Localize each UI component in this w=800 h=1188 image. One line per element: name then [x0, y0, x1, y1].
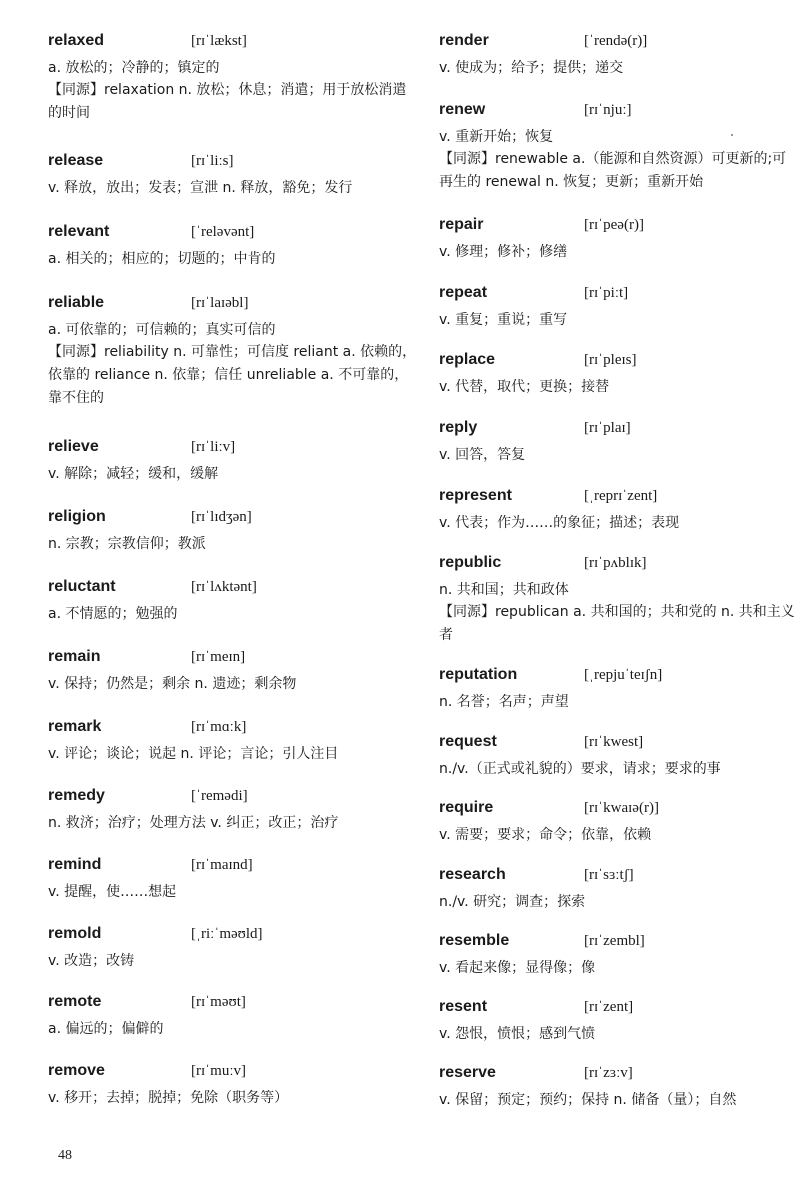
definition: v. 释放，放出；发表；宣泄 n. 释放，豁免；发行: [48, 177, 418, 199]
dictionary-entry: relevant[ˈreləvənt]a. 相关的；相应的；切题的；中肯的: [48, 221, 418, 270]
pronunciation: [rɪˈkwest]: [584, 731, 643, 753]
entry-header: remark[rɪˈmɑːk]: [48, 716, 418, 738]
cognate-note: 【同源】republican a. 共和国的；共和党的 n. 共和主义者: [439, 601, 800, 647]
dictionary-entry: represent[ˌreprɪˈzent]v. 代表；作为……的象征；描述；表…: [439, 485, 800, 534]
headword: relieve: [48, 436, 99, 458]
pronunciation: [ˌriːˈməʊld]: [191, 923, 263, 945]
dictionary-entry: render[ˈrendə(r)]v. 使成为；给予；提供；递交: [439, 30, 800, 79]
entry-header: remold[ˌriːˈməʊld]: [48, 923, 418, 945]
dictionary-entry: replace[rɪˈpleɪs]v. 代替，取代；更换；接替: [439, 349, 800, 398]
dictionary-entry: repair[rɪˈpeə(r)]v. 修理；修补；修缮: [439, 214, 800, 263]
entry-header: resent[rɪˈzent]: [439, 996, 800, 1018]
entry-header: remedy[ˈremədi]: [48, 785, 418, 807]
definition: v. 移开；去掉；脱掉；免除（职务等）: [48, 1087, 418, 1109]
headword: research: [439, 864, 506, 886]
pronunciation: [rɪˈpʌblɪk]: [584, 552, 646, 574]
pronunciation: [rɪˈmɑːk]: [191, 716, 246, 738]
definition: a. 偏远的；偏僻的: [48, 1018, 418, 1040]
dictionary-entry: release[rɪˈliːs]v. 释放，放出；发表；宣泄 n. 释放，豁免；…: [48, 150, 418, 199]
dictionary-entry: remind[rɪˈmaɪnd]v. 提醒，使……想起: [48, 854, 418, 903]
pronunciation: [rɪˈplaɪ]: [584, 417, 631, 439]
definition: v. 提醒，使……想起: [48, 881, 418, 903]
entry-header: republic[rɪˈpʌblɪk]: [439, 552, 800, 574]
dictionary-entry: resemble[rɪˈzembl]v. 看起来像；显得像；像: [439, 930, 800, 979]
headword: reliable: [48, 292, 104, 314]
headword: release: [48, 150, 103, 172]
entry-header: remain[rɪˈmeɪn]: [48, 646, 418, 668]
headword: repair: [439, 214, 483, 236]
definition: v. 重新开始；恢复: [439, 126, 800, 148]
definition: v. 需要；要求；命令；依靠，依赖: [439, 824, 800, 846]
pronunciation: [ˈrendə(r)]: [584, 30, 647, 52]
dictionary-entry: remedy[ˈremədi]n. 救济；治疗；处理方法 v. 纠正；改正；治疗: [48, 785, 418, 834]
pronunciation: [ˌreprɪˈzent]: [584, 485, 657, 507]
headword: represent: [439, 485, 512, 507]
pronunciation: [rɪˈpeə(r)]: [584, 214, 644, 236]
entry-header: relaxed[rɪˈlækst]: [48, 30, 418, 52]
dictionary-entry: remark[rɪˈmɑːk]v. 评论；谈论；说起 n. 评论；言论；引人注目: [48, 716, 418, 765]
entry-header: reply[rɪˈplaɪ]: [439, 417, 800, 439]
headword: remote: [48, 991, 101, 1013]
entry-header: resemble[rɪˈzembl]: [439, 930, 800, 952]
pronunciation: [rɪˈzɜːv]: [584, 1062, 633, 1084]
cognate-note: 【同源】reliability n. 可靠性；可信度 reliant a. 依赖…: [48, 341, 418, 410]
definition: n. 名誉；名声；声望: [439, 691, 800, 713]
dictionary-entry: remain[rɪˈmeɪn]v. 保持；仍然是；剩余 n. 遗迹；剩余物: [48, 646, 418, 695]
definition: n. 宗教；宗教信仰；教派: [48, 533, 418, 555]
cognate-note: 【同源】relaxation n. 放松；休息；消遣；用于放松消遣的时间: [48, 79, 418, 125]
entry-header: relieve[rɪˈliːv]: [48, 436, 418, 458]
pronunciation: [rɪˈlɪdʒən]: [191, 506, 252, 528]
dictionary-entry: reputation[ˌrepjuˈteɪʃn]n. 名誉；名声；声望: [439, 664, 800, 713]
pronunciation: [rɪˈsɜːtʃ]: [584, 864, 634, 886]
definition: a. 放松的；冷静的；镇定的: [48, 57, 418, 79]
headword: repeat: [439, 282, 487, 304]
definition: n./v.（正式或礼貌的）要求，请求；要求的事: [439, 758, 800, 780]
dictionary-entry: reserve[rɪˈzɜːv]v. 保留；预定；预约；保持 n. 储备（量）；…: [439, 1062, 800, 1111]
headword: religion: [48, 506, 106, 528]
dictionary-entry: reply[rɪˈplaɪ]v. 回答，答复: [439, 417, 800, 466]
dictionary-entry: renew[rɪˈnjuː]v. 重新开始；恢复【同源】renewable a.…: [439, 99, 800, 194]
pronunciation: [rɪˈpleɪs]: [584, 349, 636, 371]
dictionary-entry: relieve[rɪˈliːv]v. 解除；减轻；缓和，缓解: [48, 436, 418, 485]
entry-header: reserve[rɪˈzɜːv]: [439, 1062, 800, 1084]
dictionary-entry: reluctant[rɪˈlʌktənt]a. 不情愿的；勉强的: [48, 576, 418, 625]
entry-header: reliable[rɪˈlaɪəbl]: [48, 292, 418, 314]
dictionary-entry: require[rɪˈkwaɪə(r)]v. 需要；要求；命令；依靠，依赖: [439, 797, 800, 846]
headword: remain: [48, 646, 100, 668]
entry-header: religion[rɪˈlɪdʒən]: [48, 506, 418, 528]
definition: v. 改造；改铸: [48, 950, 418, 972]
dictionary-entry: resent[rɪˈzent]v. 怨恨，愤恨；感到气愤: [439, 996, 800, 1045]
definition: v. 怨恨，愤恨；感到气愤: [439, 1023, 800, 1045]
headword: request: [439, 731, 497, 753]
pronunciation: [ˈremədi]: [191, 785, 248, 807]
headword: reserve: [439, 1062, 496, 1084]
entry-header: research[rɪˈsɜːtʃ]: [439, 864, 800, 886]
headword: render: [439, 30, 489, 52]
pronunciation: [rɪˈpiːt]: [584, 282, 628, 304]
headword: replace: [439, 349, 495, 371]
entry-header: remove[rɪˈmuːv]: [48, 1060, 418, 1082]
entry-header: reluctant[rɪˈlʌktənt]: [48, 576, 418, 598]
headword: reluctant: [48, 576, 116, 598]
entry-header: reputation[ˌrepjuˈteɪʃn]: [439, 664, 800, 686]
definition: n. 救济；治疗；处理方法 v. 纠正；改正；治疗: [48, 812, 418, 834]
definition: v. 使成为；给予；提供；递交: [439, 57, 800, 79]
entry-header: relevant[ˈreləvənt]: [48, 221, 418, 243]
pronunciation: [rɪˈliːv]: [191, 436, 235, 458]
pronunciation: [rɪˈməʊt]: [191, 991, 246, 1013]
entry-header: request[rɪˈkwest]: [439, 731, 800, 753]
dictionary-entry: relaxed[rɪˈlækst]a. 放松的；冷静的；镇定的【同源】relax…: [48, 30, 418, 125]
scan-speck: [731, 134, 733, 136]
definition: v. 回答，答复: [439, 444, 800, 466]
headword: require: [439, 797, 493, 819]
entry-header: require[rɪˈkwaɪə(r)]: [439, 797, 800, 819]
headword: remold: [48, 923, 101, 945]
entry-header: replace[rɪˈpleɪs]: [439, 349, 800, 371]
headword: relevant: [48, 221, 109, 243]
entry-header: render[ˈrendə(r)]: [439, 30, 800, 52]
definition: v. 解除；减轻；缓和，缓解: [48, 463, 418, 485]
entry-header: repeat[rɪˈpiːt]: [439, 282, 800, 304]
headword: remedy: [48, 785, 105, 807]
definition: v. 保留；预定；预约；保持 n. 储备（量）；自然: [439, 1089, 800, 1111]
definition: a. 可依靠的；可信赖的；真实可信的: [48, 319, 418, 341]
pronunciation: [rɪˈzent]: [584, 996, 633, 1018]
pronunciation: [rɪˈlaɪəbl]: [191, 292, 248, 314]
definition: v. 代表；作为……的象征；描述；表现: [439, 512, 800, 534]
definition: v. 代替，取代；更换；接替: [439, 376, 800, 398]
headword: remind: [48, 854, 101, 876]
pronunciation: [ˈreləvənt]: [191, 221, 254, 243]
headword: resent: [439, 996, 487, 1018]
dictionary-entry: reliable[rɪˈlaɪəbl]a. 可依靠的；可信赖的；真实可信的【同源…: [48, 292, 418, 410]
entry-header: renew[rɪˈnjuː]: [439, 99, 800, 121]
pronunciation: [rɪˈlʌktənt]: [191, 576, 257, 598]
definition: a. 不情愿的；勉强的: [48, 603, 418, 625]
headword: reputation: [439, 664, 517, 686]
pronunciation: [rɪˈlækst]: [191, 30, 247, 52]
page-number: 48: [58, 1148, 72, 1164]
definition: v. 重复；重说；重写: [439, 309, 800, 331]
pronunciation: [ˌrepjuˈteɪʃn]: [584, 664, 662, 686]
pronunciation: [rɪˈmeɪn]: [191, 646, 245, 668]
definition: n. 共和国；共和政体: [439, 579, 800, 601]
pronunciation: [rɪˈzembl]: [584, 930, 645, 952]
headword: remove: [48, 1060, 105, 1082]
dictionary-entry: remold[ˌriːˈməʊld]v. 改造；改铸: [48, 923, 418, 972]
dictionary-entry: request[rɪˈkwest]n./v.（正式或礼貌的）要求，请求；要求的事: [439, 731, 800, 780]
dictionary-entry: remove[rɪˈmuːv]v. 移开；去掉；脱掉；免除（职务等）: [48, 1060, 418, 1109]
definition: v. 保持；仍然是；剩余 n. 遗迹；剩余物: [48, 673, 418, 695]
entry-header: release[rɪˈliːs]: [48, 150, 418, 172]
headword: republic: [439, 552, 501, 574]
definition: v. 看起来像；显得像；像: [439, 957, 800, 979]
dictionary-entry: republic[rɪˈpʌblɪk]n. 共和国；共和政体【同源】republ…: [439, 552, 800, 647]
definition: n./v. 研究；调查；探索: [439, 891, 800, 913]
pronunciation: [rɪˈliːs]: [191, 150, 234, 172]
pronunciation: [rɪˈmaɪnd]: [191, 854, 253, 876]
dictionary-entry: research[rɪˈsɜːtʃ]n./v. 研究；调查；探索: [439, 864, 800, 913]
cognate-note: 【同源】renewable a.（能源和自然资源）可更新的;可再生的 renew…: [439, 148, 800, 194]
dictionary-entry: remote[rɪˈməʊt]a. 偏远的；偏僻的: [48, 991, 418, 1040]
entry-header: remote[rɪˈməʊt]: [48, 991, 418, 1013]
definition: v. 评论；谈论；说起 n. 评论；言论；引人注目: [48, 743, 418, 765]
headword: remark: [48, 716, 101, 738]
headword: resemble: [439, 930, 509, 952]
pronunciation: [rɪˈkwaɪə(r)]: [584, 797, 659, 819]
definition: a. 相关的；相应的；切题的；中肯的: [48, 248, 418, 270]
headword: renew: [439, 99, 485, 121]
pronunciation: [rɪˈnjuː]: [584, 99, 631, 121]
entry-header: remind[rɪˈmaɪnd]: [48, 854, 418, 876]
pronunciation: [rɪˈmuːv]: [191, 1060, 246, 1082]
headword: reply: [439, 417, 477, 439]
definition: v. 修理；修补；修缮: [439, 241, 800, 263]
entry-header: repair[rɪˈpeə(r)]: [439, 214, 800, 236]
dictionary-entry: repeat[rɪˈpiːt]v. 重复；重说；重写: [439, 282, 800, 331]
dictionary-entry: religion[rɪˈlɪdʒən]n. 宗教；宗教信仰；教派: [48, 506, 418, 555]
headword: relaxed: [48, 30, 104, 52]
entry-header: represent[ˌreprɪˈzent]: [439, 485, 800, 507]
